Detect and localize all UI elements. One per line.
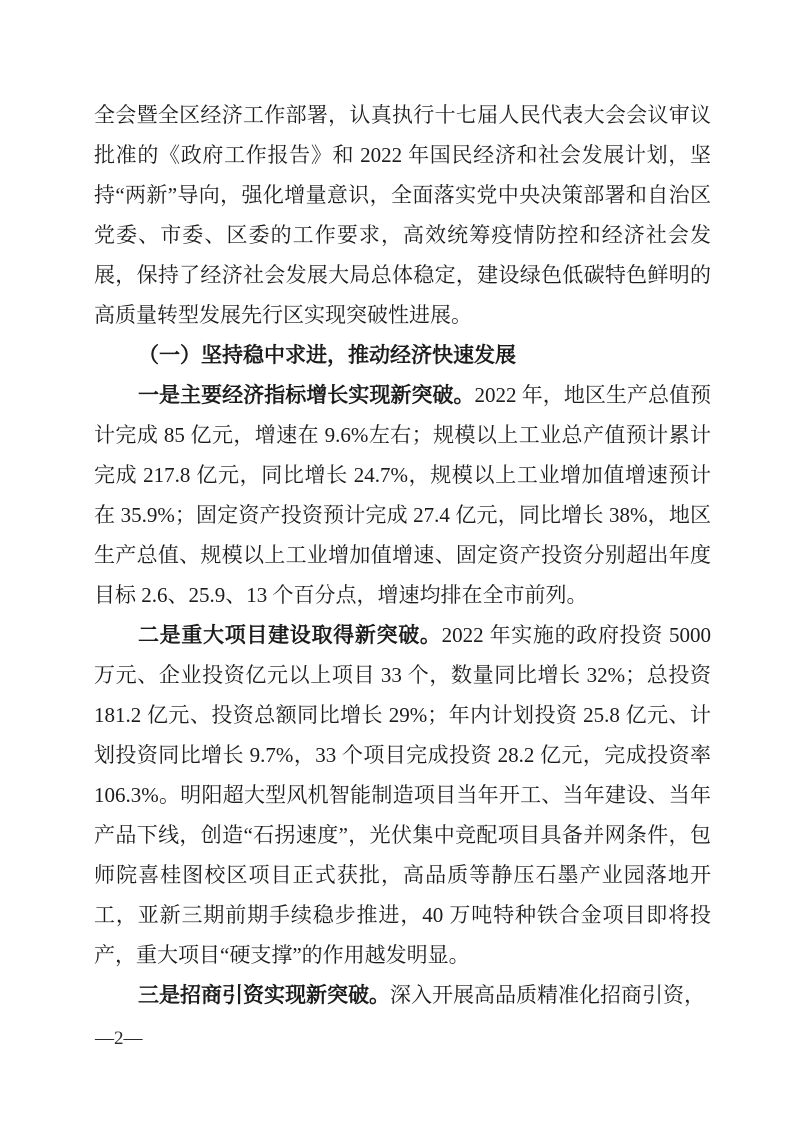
text-run-bold: 二是重大项目建设取得新突破。 [138, 623, 442, 647]
text-run: 2022 年实施的政府投资 5000 万元、企业投资亿元以上项目 33 个，数量… [94, 623, 711, 967]
text-run-bold: （一）坚持稳中求进，推动经济快速发展 [138, 343, 516, 367]
document-page: 全会暨全区经济工作部署，认真执行十七届人民代表大会会议审议批准的《政府工作报告》… [0, 0, 793, 1122]
section-heading: （一）坚持稳中求进，推动经济快速发展 [94, 335, 711, 375]
text-run-bold: 三是招商引资实现新突破。 [138, 983, 390, 1007]
text-run: 2022 年，地区生产总值预计完成 85 亿元，增速在 9.6%左右；规模以上工… [94, 383, 711, 607]
paragraph: 二是重大项目建设取得新突破。2022 年实施的政府投资 5000 万元、企业投资… [94, 615, 711, 975]
paragraph: 三是招商引资实现新突破。深入开展高品质精准化招商引资， [94, 975, 711, 1015]
page-number: —2— [95, 1028, 143, 1050]
text-run-bold: 一是主要经济指标增长实现新突破。 [138, 383, 474, 407]
paragraph: 全会暨全区经济工作部署，认真执行十七届人民代表大会会议审议批准的《政府工作报告》… [94, 95, 711, 335]
document-body: 全会暨全区经济工作部署，认真执行十七届人民代表大会会议审议批准的《政府工作报告》… [94, 95, 711, 1015]
paragraph: 一是主要经济指标增长实现新突破。2022 年，地区生产总值预计完成 85 亿元，… [94, 375, 711, 615]
text-run: 深入开展高品质精准化招商引资， [390, 983, 705, 1007]
text-run: 全会暨全区经济工作部署，认真执行十七届人民代表大会会议审议批准的《政府工作报告》… [94, 103, 711, 327]
